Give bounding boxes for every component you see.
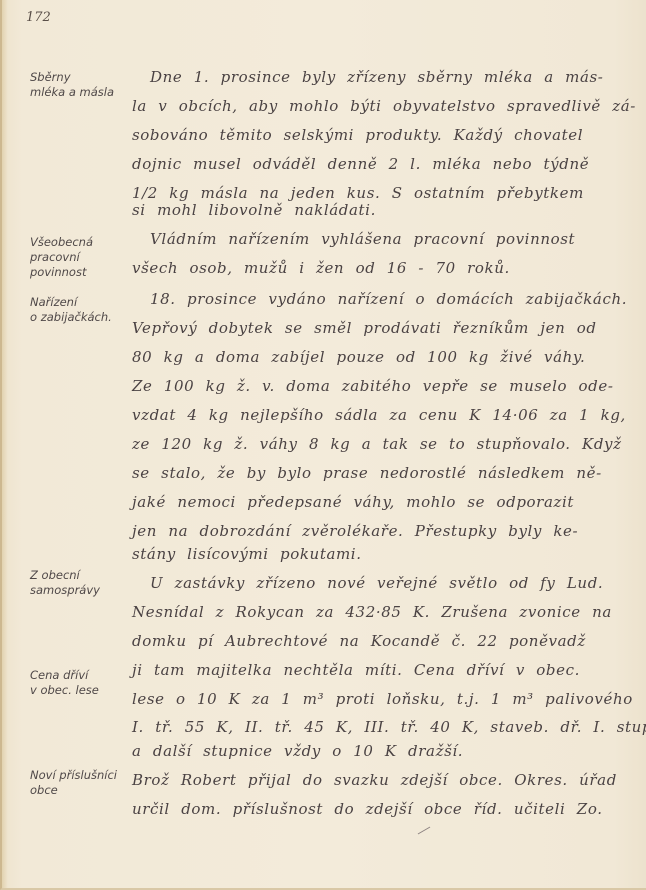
margin-note-narizeni: Nařízení o zabijačkách. [30, 295, 130, 325]
text-line: Nesnídal z Rokycan za 432·85 K. Zrušena … [132, 603, 612, 621]
margin-note-cena: Cena dříví v obec. lese [30, 668, 130, 698]
margin-note-samosprava: Z obecní samosprávy [30, 568, 130, 598]
text-line: Vepřový dobytek se směl prodávati řezník… [132, 319, 597, 337]
margin-note-line: Z obecní [30, 568, 130, 583]
text-line: jen na dobrozdání zvěrolékaře. Přestupky… [132, 522, 578, 540]
text-line: sobováno těmito selskými produkty. Každý… [132, 126, 583, 144]
text-line: Vládním nařízením vyhlášena pracovní pov… [150, 230, 575, 248]
text-line: 18. prosince vydáno nařízení o domácích … [150, 290, 627, 308]
margin-note-line: Všeobecná [30, 235, 130, 250]
text-line: dojnic musel odváděl denně 2 l. mléka ne… [132, 155, 589, 173]
text-line: vzdat 4 kg nejlepšího sádla za cenu K 14… [132, 406, 626, 424]
margin-note-line: Noví příslušníci [30, 768, 130, 783]
text-line: si mohl libovolně nakládati. [132, 201, 376, 219]
text-line: 80 kg a doma zabíjel pouze od 100 kg živ… [132, 348, 585, 366]
margin-note-prislusnici: Noví příslušníci obce [30, 768, 130, 798]
margin-note-pracovni: Všeobecná pracovní povinnost [30, 235, 130, 280]
margin-note-line: samosprávy [30, 583, 130, 598]
margin-note-line: v obec. lese [30, 683, 130, 698]
margin-note-line: povinnost [30, 265, 130, 280]
text-line: ji tam majitelka nechtěla míti. Cena dří… [132, 661, 580, 679]
text-line: lese o 10 K za 1 m³ proti loňsku, t.j. 1… [132, 690, 633, 708]
margin-note-line: o zabijačkách. [30, 310, 130, 325]
text-line: určil dom. příslušnost do zdejší obce ří… [132, 800, 603, 818]
margin-note-line: mléka a másla [30, 85, 130, 100]
margin-note-line: Cena dříví [30, 668, 130, 683]
margin-note-line: Nařízení [30, 295, 130, 310]
pen-stroke-mark [418, 827, 431, 835]
text-line: domku pí Aubrechtové na Kocandě č. 22 po… [132, 632, 586, 650]
margin-note-sberny: Sběrny mléka a másla [30, 70, 130, 100]
page-number: 172 [26, 10, 51, 25]
margin-note-line: obce [30, 783, 130, 798]
text-line: stány lisícovými pokutami. [132, 545, 362, 563]
margin-note-line: pracovní [30, 250, 130, 265]
handwritten-chronicle-page: 172 Sběrny mléka a másla Všeobecná praco… [0, 0, 646, 890]
text-line: se stalo, že by bylo prase nedorostlé ná… [132, 464, 602, 482]
text-line: Ze 100 kg ž. v. doma zabitého vepře se m… [132, 377, 614, 395]
text-line: U zastávky zřízeno nové veřejné světlo o… [150, 574, 603, 592]
text-line: všech osob, mužů i žen od 16 - 70 roků. [132, 259, 510, 277]
text-line: Brož Robert přijal do svazku zdejší obce… [132, 771, 617, 789]
text-line: a další stupnice vždy o 10 K dražší. [132, 742, 463, 760]
text-line: la v obcích, aby mohlo býti obyvatelstvo… [132, 97, 636, 115]
text-line: ze 120 kg ž. váhy 8 kg a tak se to stupň… [132, 435, 622, 453]
text-line: 1/2 kg másla na jeden kus. S ostatním př… [132, 184, 584, 202]
text-line: jaké nemoci předepsané váhy, mohlo se od… [132, 493, 574, 511]
text-line: I. tř. 55 K, II. tř. 45 K, III. tř. 40 K… [132, 718, 646, 736]
text-line: Dne 1. prosince byly zřízeny sběrny mlék… [150, 68, 603, 86]
margin-note-line: Sběrny [30, 70, 130, 85]
